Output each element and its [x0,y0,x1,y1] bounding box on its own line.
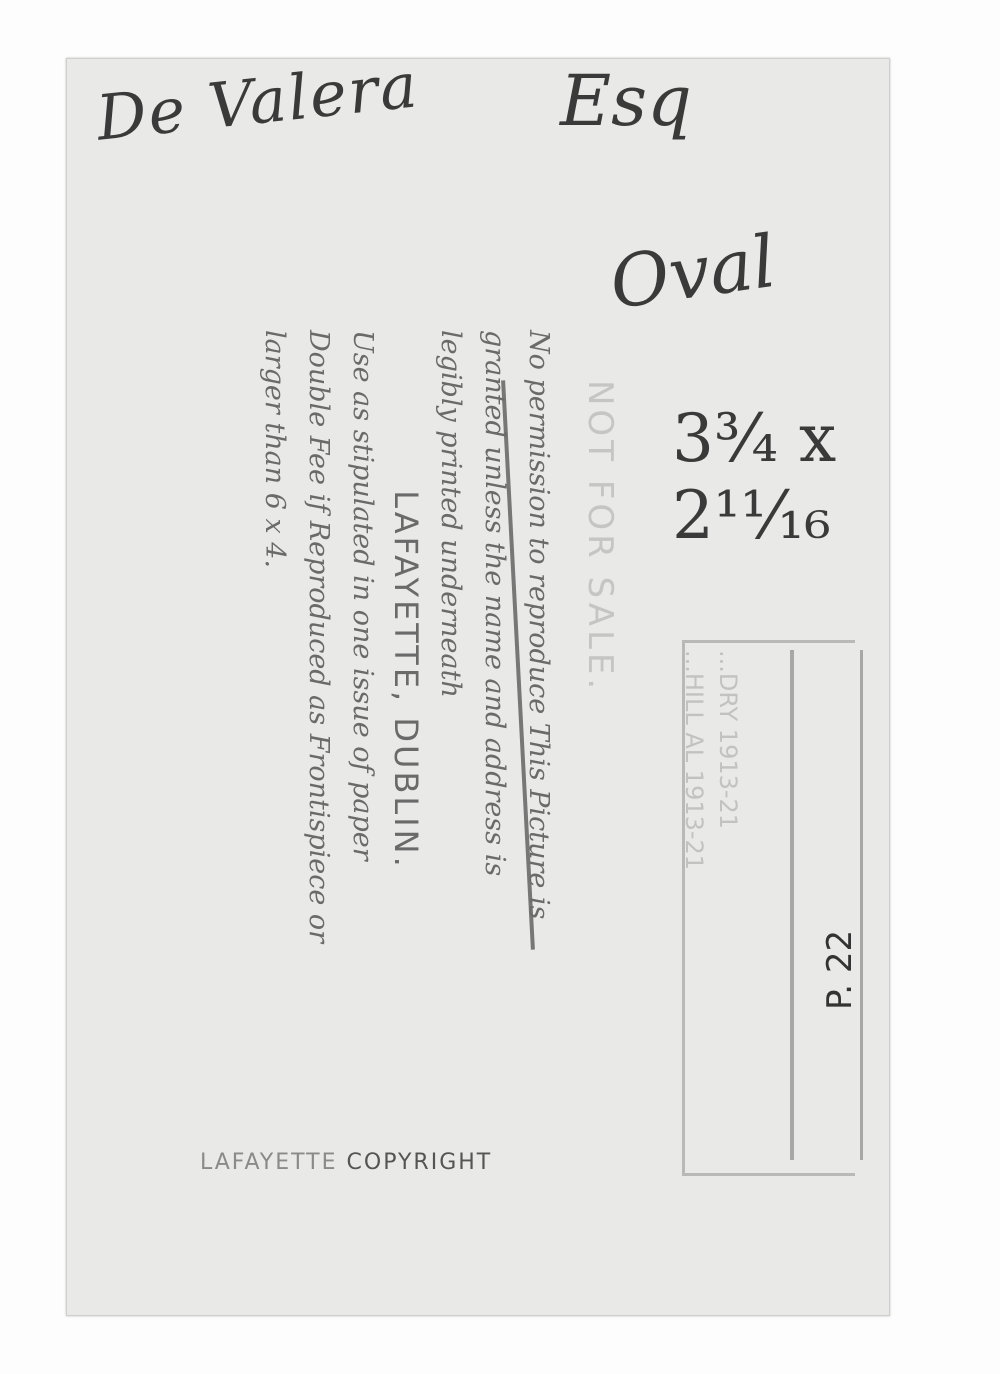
reproduction-stamp: No permission to reproduce This Picture … [260,330,560,1030]
registry-number-column [790,650,863,1160]
stamp-line: No permission to reproduce This Picture … [516,330,560,1030]
ghost-stamp: NOT FOR SALE. [580,380,620,693]
handwritten-dimensions: 3¾ x 2¹¹⁄₁₆ [672,400,1000,554]
stamp-terms: Double Fee if Reproduced as Frontispiece… [296,330,340,1030]
handwritten-page-ref: P. 22 [820,930,860,1010]
stamp-line: legibly printed underneath [428,330,472,1030]
stamp-terms: Use as stipulated in one issue of paper [340,330,384,1030]
studio-name: LAFAYETTE, DUBLIN. [384,330,428,1030]
stamp-line: granted unless the name and address is [472,330,516,1030]
copyright-stamp: LAFAYETTE COPYRIGHT [200,1150,492,1175]
stamp-terms: larger than 6 x 4. [252,330,296,1030]
registry-stamp-text: ...DRY 1913-21 ...HILL AL 1913-21 [677,650,745,870]
handwritten-esq: Esq [560,60,692,142]
